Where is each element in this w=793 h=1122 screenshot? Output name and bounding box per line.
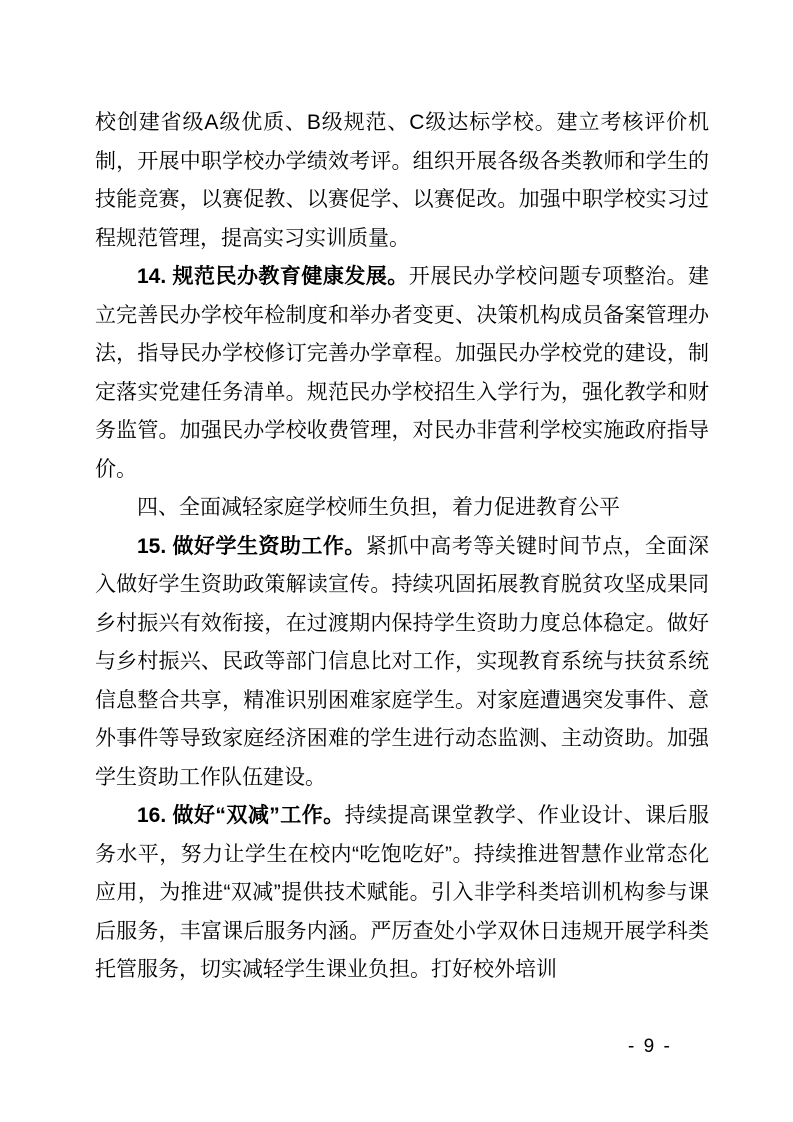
document-body: 校创建省级A级优质、B级规范、C级达标学校。建立考核评价机制，开展中职学校办学绩…	[95, 104, 709, 990]
continued-paragraph: 校创建省级A级优质、B级规范、C级达标学校。建立考核评价机制，开展中职学校办学绩…	[95, 104, 709, 258]
page-number: - 9 -	[628, 1036, 672, 1058]
body-text-run: 校创建省级A级优质、B级规范、C级达标学校。建立考核评价机制，开展中职学校办学绩…	[95, 111, 709, 250]
body-text-run: 持续提高课堂教学、作业设计、课后服务水平，努力让学生在校内“吃饱吃好”。持续推进…	[95, 804, 709, 981]
item-14: 14. 规范民办教育健康发展。开展民办学校问题专项整治。建立完善民办学校年检制度…	[95, 258, 709, 489]
document-page: 校创建省级A级优质、B级规范、C级达标学校。建立考核评价机制，开展中职学校办学绩…	[0, 0, 793, 1122]
item-15: 15. 做好学生资助工作。紧抓中高考等关键时间节点，全面深入做好学生资助政策解读…	[95, 528, 709, 798]
bold-heading-run: 14. 规范民办教育健康发展。	[137, 265, 409, 288]
body-text-run: 四、全面减轻家庭学校师生负担，着力促进教育公平	[137, 496, 620, 519]
item-16: 16. 做好“双减”工作。持续提高课堂教学、作业设计、课后服务水平，努力让学生在…	[95, 797, 709, 990]
bold-heading-run: 16. 做好“双减”工作。	[137, 804, 345, 827]
body-text-run: 紧抓中高考等关键时间节点，全面深入做好学生资助政策解读宣传。持续巩固拓展教育脱贫…	[95, 535, 709, 789]
section-4-heading: 四、全面减轻家庭学校师生负担，着力促进教育公平	[95, 489, 709, 528]
bold-heading-run: 15. 做好学生资助工作。	[137, 535, 366, 558]
body-text-run: 开展民办学校问题专项整治。建立完善民办学校年检制度和举办者变更、决策机构成员备案…	[95, 265, 709, 481]
